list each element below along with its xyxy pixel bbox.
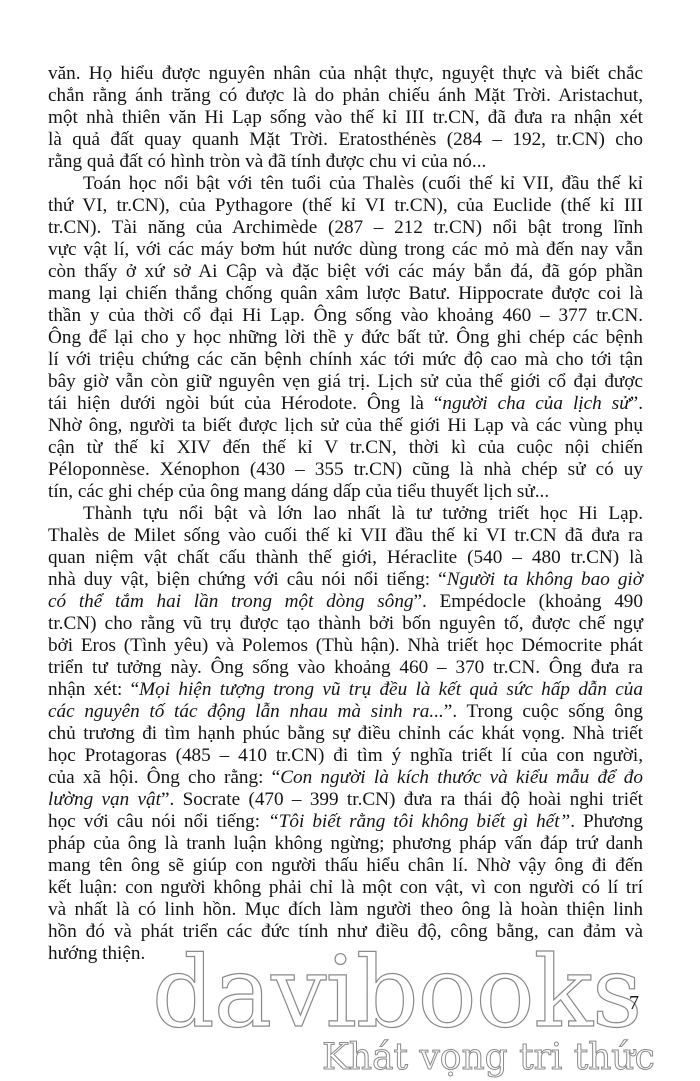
text-line: triển tư tưởng này. Ông sống vào khoảng … <box>48 657 643 679</box>
text-line: mang lại chiến thắng chống quân xâm lược… <box>48 283 643 305</box>
text-run: nhà duy vật, biện chứng với câu nói nổi … <box>48 569 447 590</box>
paragraph-start-line: Thành tựu nổi bật và lớn lao nhất là tư … <box>48 503 643 525</box>
text-line: một nhà thiên văn Hi Lạp sống vào thế kỉ… <box>48 107 643 129</box>
text-line: tín, các ghi chép của ông mang dáng dấp … <box>48 481 643 503</box>
text-line: lường vạn vật”. Socrate (470 – 399 tr.CN… <box>48 789 643 811</box>
quote-italic: Mọi hiện tượng trong vũ trụ đều là kết q… <box>139 679 643 700</box>
text-line: quan niệm vật chất cấu thành thế giới, H… <box>48 547 643 569</box>
text-line: nhà duy vật, biện chứng với câu nói nổi … <box>48 569 643 591</box>
text-run: ”. Trong cuộc sống ông <box>444 701 643 722</box>
text-line: thứ VI, tr.CN), của Pythagore (thế kỉ VI… <box>48 195 643 217</box>
text-line: Péloponnèse. Xénophon (430 – 355 tr.CN) … <box>48 459 643 481</box>
text-line: tr.CN). Tài năng của Archimède (287 – 21… <box>48 217 643 239</box>
text-line: có thể tắm hai lần trong một dòng sông”.… <box>48 591 643 613</box>
text-run: . Phương <box>570 811 643 832</box>
text-line: bây giờ vẫn còn giữ nguyên vẹn giá trị. … <box>48 371 643 393</box>
text-line: tr.CN) cho rằng vũ trụ được tạo thành bở… <box>48 613 643 635</box>
text-line: Ông để lại cho y học những lời thề y đức… <box>48 327 643 349</box>
quote-italic: lường vạn vật <box>48 789 161 810</box>
text-line: cận từ thế kỉ XIV đến thế kỉ V tr.CN, th… <box>48 437 643 459</box>
text-line: văn. Họ hiểu được nguyên nhân của nhật t… <box>48 63 643 85</box>
text-line: chủ trương đi tìm hạnh phúc bằng sự điều… <box>48 723 643 745</box>
text-line: rằng quả đất có hình tròn và đã tính đượ… <box>48 151 643 173</box>
text-line: vực vật lí, với các máy bơm hút nước dùn… <box>48 239 643 261</box>
text-line: của xã hội. Ông cho rằng: “Con người là … <box>48 767 643 789</box>
paragraph-start-line: Toán học nổi bật với tên tuổi của Thalès… <box>48 173 643 195</box>
text-run: học với câu nói nổi tiếng: <box>48 811 268 832</box>
text-run: ”. Socrate (470 – 399 tr.CN) đưa ra thái… <box>161 789 643 810</box>
text-line: các nguyên tố tác động lẫn nhau mà sinh … <box>48 701 643 723</box>
text-line: và nhất là có linh hồn. Mục đích làm ngư… <box>48 899 643 921</box>
text-line: tái hiện dưới ngòi bút của Hérodote. Ông… <box>48 393 643 415</box>
watermark-logo: davibooks <box>152 938 542 1048</box>
quote-italic: có thể tắm hai lần trong một dòng sông <box>48 591 414 612</box>
text-line: là quả đất quay quanh Mặt Trời. Eratosth… <box>48 129 643 151</box>
text-run: ”. Empédocle (khoảng 490 <box>414 591 643 612</box>
watermark-tagline: Khát vọng tri thức <box>322 1037 552 1079</box>
text-line: thần y của thời cổ đại Hi Lạp. Ông sống … <box>48 305 643 327</box>
text-line: còn thấy ở xứ sở Ai Cập và đặc biệt với … <box>48 261 643 283</box>
quote-italic: người cha của lịch sử <box>442 393 629 414</box>
quote-italic: “Tôi biết rằng tôi không biết gì hết” <box>268 811 570 832</box>
text-line: lí với triệu chứng các căn bệnh chính xá… <box>48 349 643 371</box>
book-page: văn. Họ hiểu được nguyên nhân của nhật t… <box>0 0 700 1081</box>
quote-italic: Con người là kích thước và kiểu mẫu để đ… <box>280 767 643 788</box>
text-line: chắn rằng ánh trăng có được là do phản c… <box>48 85 643 107</box>
text-run: nhận xét: “ <box>48 679 139 700</box>
text-line: pháp của ông là tranh luận không ngừng; … <box>48 833 643 855</box>
text-line: Thalès de Milet sống vào cuối thế kỉ VII… <box>48 525 643 547</box>
quote-italic: các nguyên tố tác động lẫn nhau mà sinh … <box>48 701 444 722</box>
body-text: văn. Họ hiểu được nguyên nhân của nhật t… <box>48 63 643 965</box>
text-line: kết luận: con người không phải chỉ là mộ… <box>48 877 643 899</box>
text-line: học Protagoras (485 – 410 tr.CN) đi tìm … <box>48 745 643 767</box>
text-line: học với câu nói nổi tiếng: “Tôi biết rằn… <box>48 811 643 833</box>
text-run: ”. <box>630 393 643 414</box>
text-line: mang tên ông sẽ giúp con người thấu hiểu… <box>48 855 643 877</box>
quote-italic: Người ta không bao giờ <box>447 569 643 590</box>
text-line: bởi Eros (Tình yêu) và Polemos (Thù hận)… <box>48 635 643 657</box>
text-run: của xã hội. Ông cho rằng: “ <box>48 767 280 788</box>
page-number: 7 <box>629 992 639 1014</box>
text-line: Nhờ ông, người ta biết được lịch sử của … <box>48 415 643 437</box>
text-line: nhận xét: “Mọi hiện tượng trong vũ trụ đ… <box>48 679 643 701</box>
text-run: tái hiện dưới ngòi bút của Hérodote. Ông… <box>48 393 442 414</box>
